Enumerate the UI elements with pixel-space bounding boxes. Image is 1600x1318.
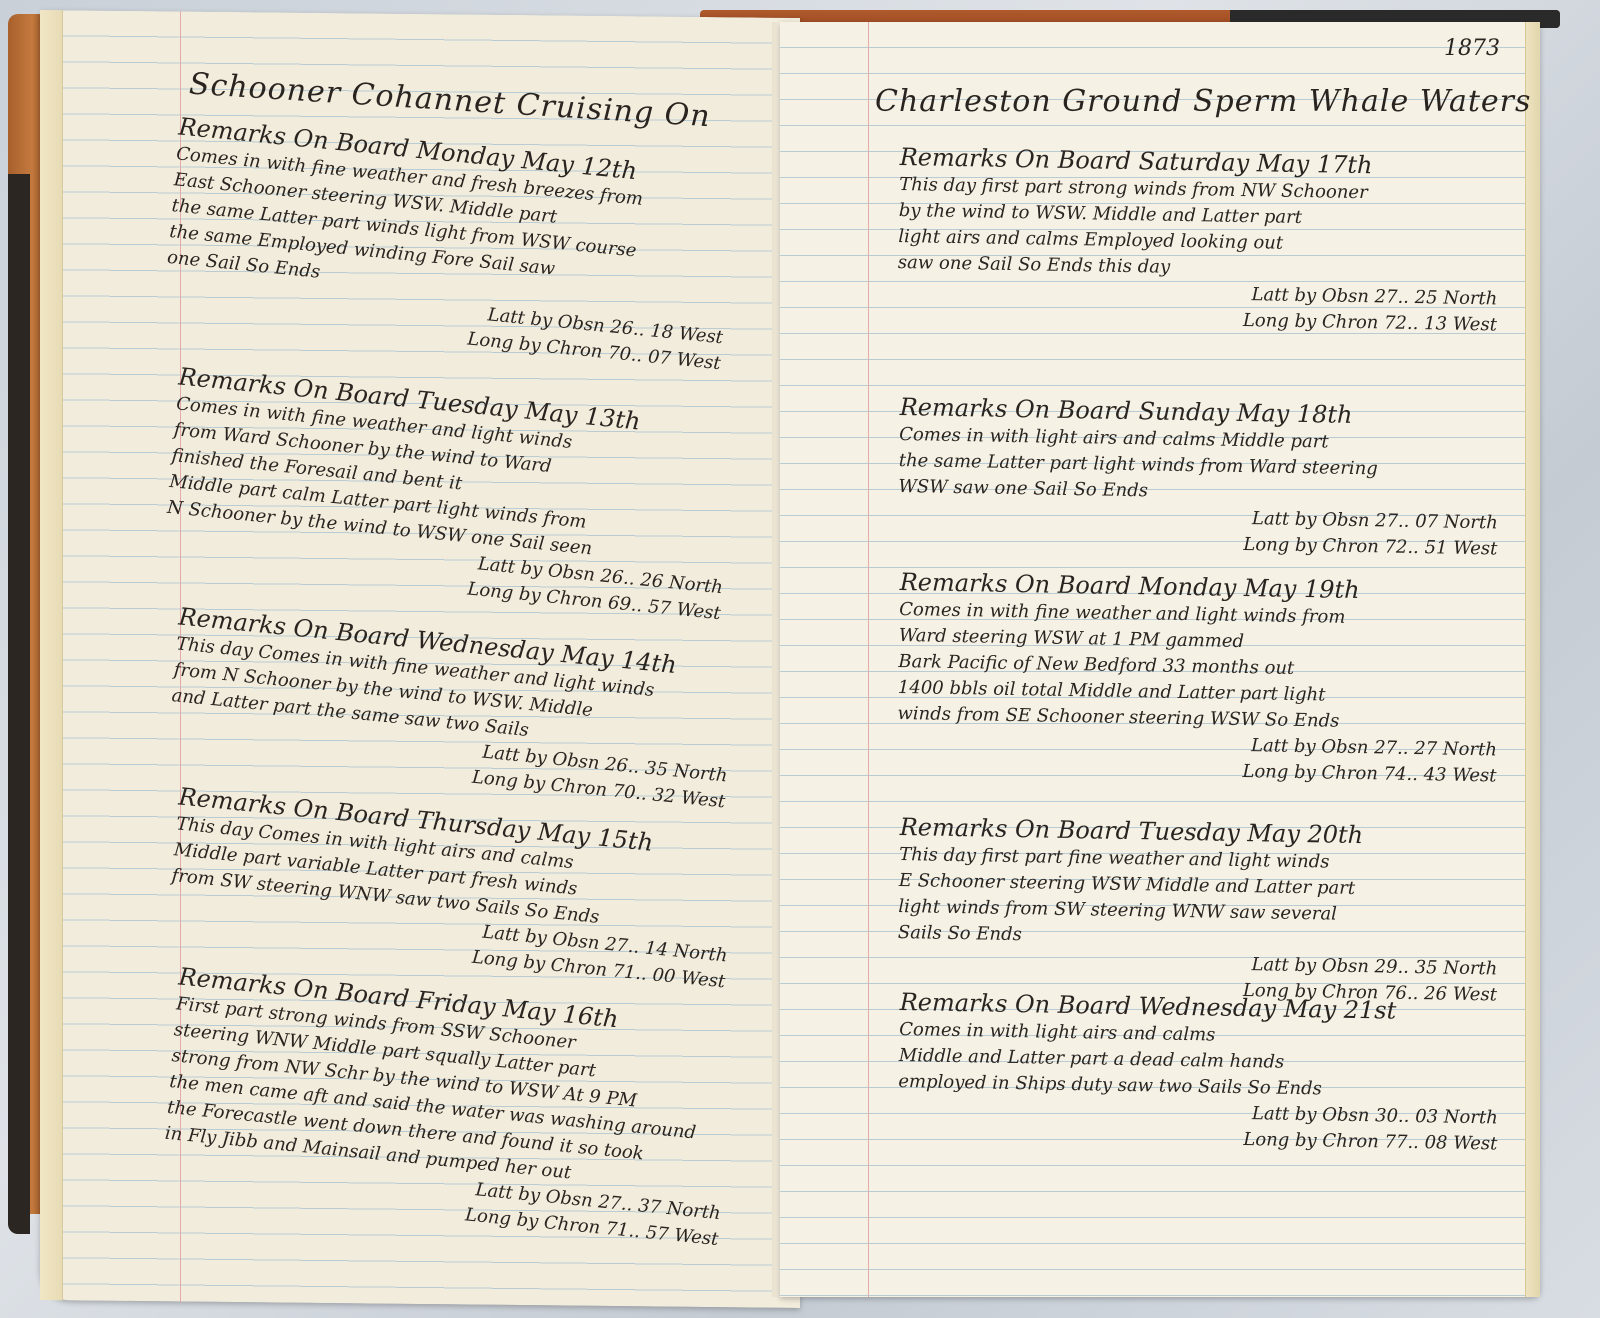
- page-stack-edge: [40, 10, 63, 1300]
- log-entry: Remarks On Board Monday May 19th Comes i…: [896, 567, 1500, 789]
- left-page: Schooner Cohannet Cruising On Remarks On…: [40, 10, 800, 1308]
- margin-line: [868, 22, 869, 1297]
- log-entry: Remarks On Board Monday May 12th Comes i…: [162, 111, 738, 377]
- log-entry: Remarks On Board Tuesday May 13th Comes …: [162, 361, 738, 627]
- right-page-heading: Charleston Ground Sperm Whale Waters: [875, 84, 1531, 119]
- log-entry: Remarks On Board Saturday May 17th This …: [897, 142, 1500, 338]
- log-entry: Remarks On Board Thursday May 15th This …: [166, 781, 738, 995]
- page-stack-edge: [1525, 22, 1540, 1297]
- log-entry: Remarks On Board Wednesday May 14th This…: [166, 601, 738, 815]
- log-entry: Remarks On Board Sunday May 18th Comes i…: [897, 392, 1500, 562]
- log-entry: Remarks On Board Wednesday May 21st Come…: [897, 987, 1500, 1157]
- log-entry: Remarks On Board Friday May 16th First p…: [159, 961, 738, 1253]
- log-entry: Remarks On Board Tuesday May 20th This d…: [897, 812, 1500, 1008]
- right-page: 1873 Charleston Ground Sperm Whale Water…: [780, 22, 1540, 1297]
- page-year: 1873: [1444, 36, 1500, 61]
